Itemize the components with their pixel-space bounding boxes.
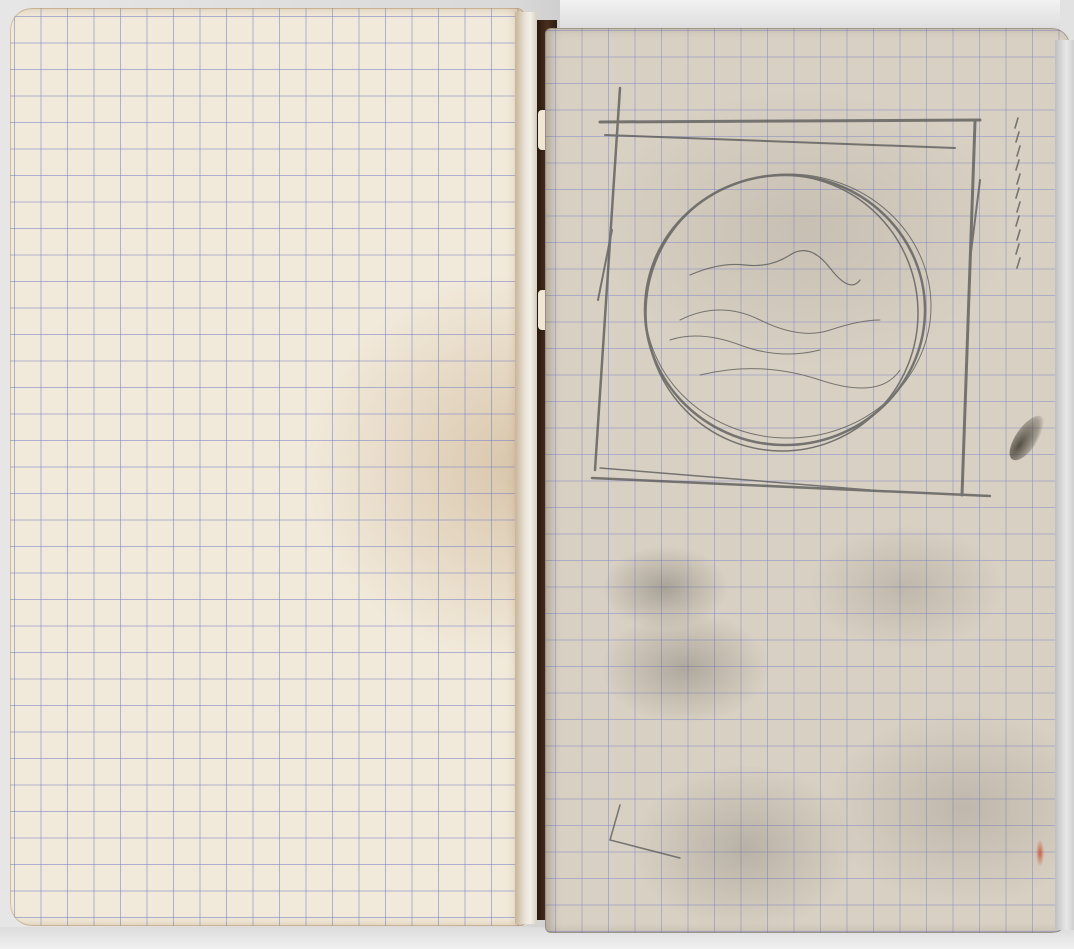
top-protective-sleeve — [560, 0, 1060, 31]
left-page-grid-paper — [10, 8, 525, 926]
right-page-sketch — [545, 28, 1070, 933]
right-edge-sleeve — [1055, 40, 1074, 930]
red-stain-mark — [1036, 840, 1044, 866]
left-page-fold-edge — [515, 12, 537, 924]
